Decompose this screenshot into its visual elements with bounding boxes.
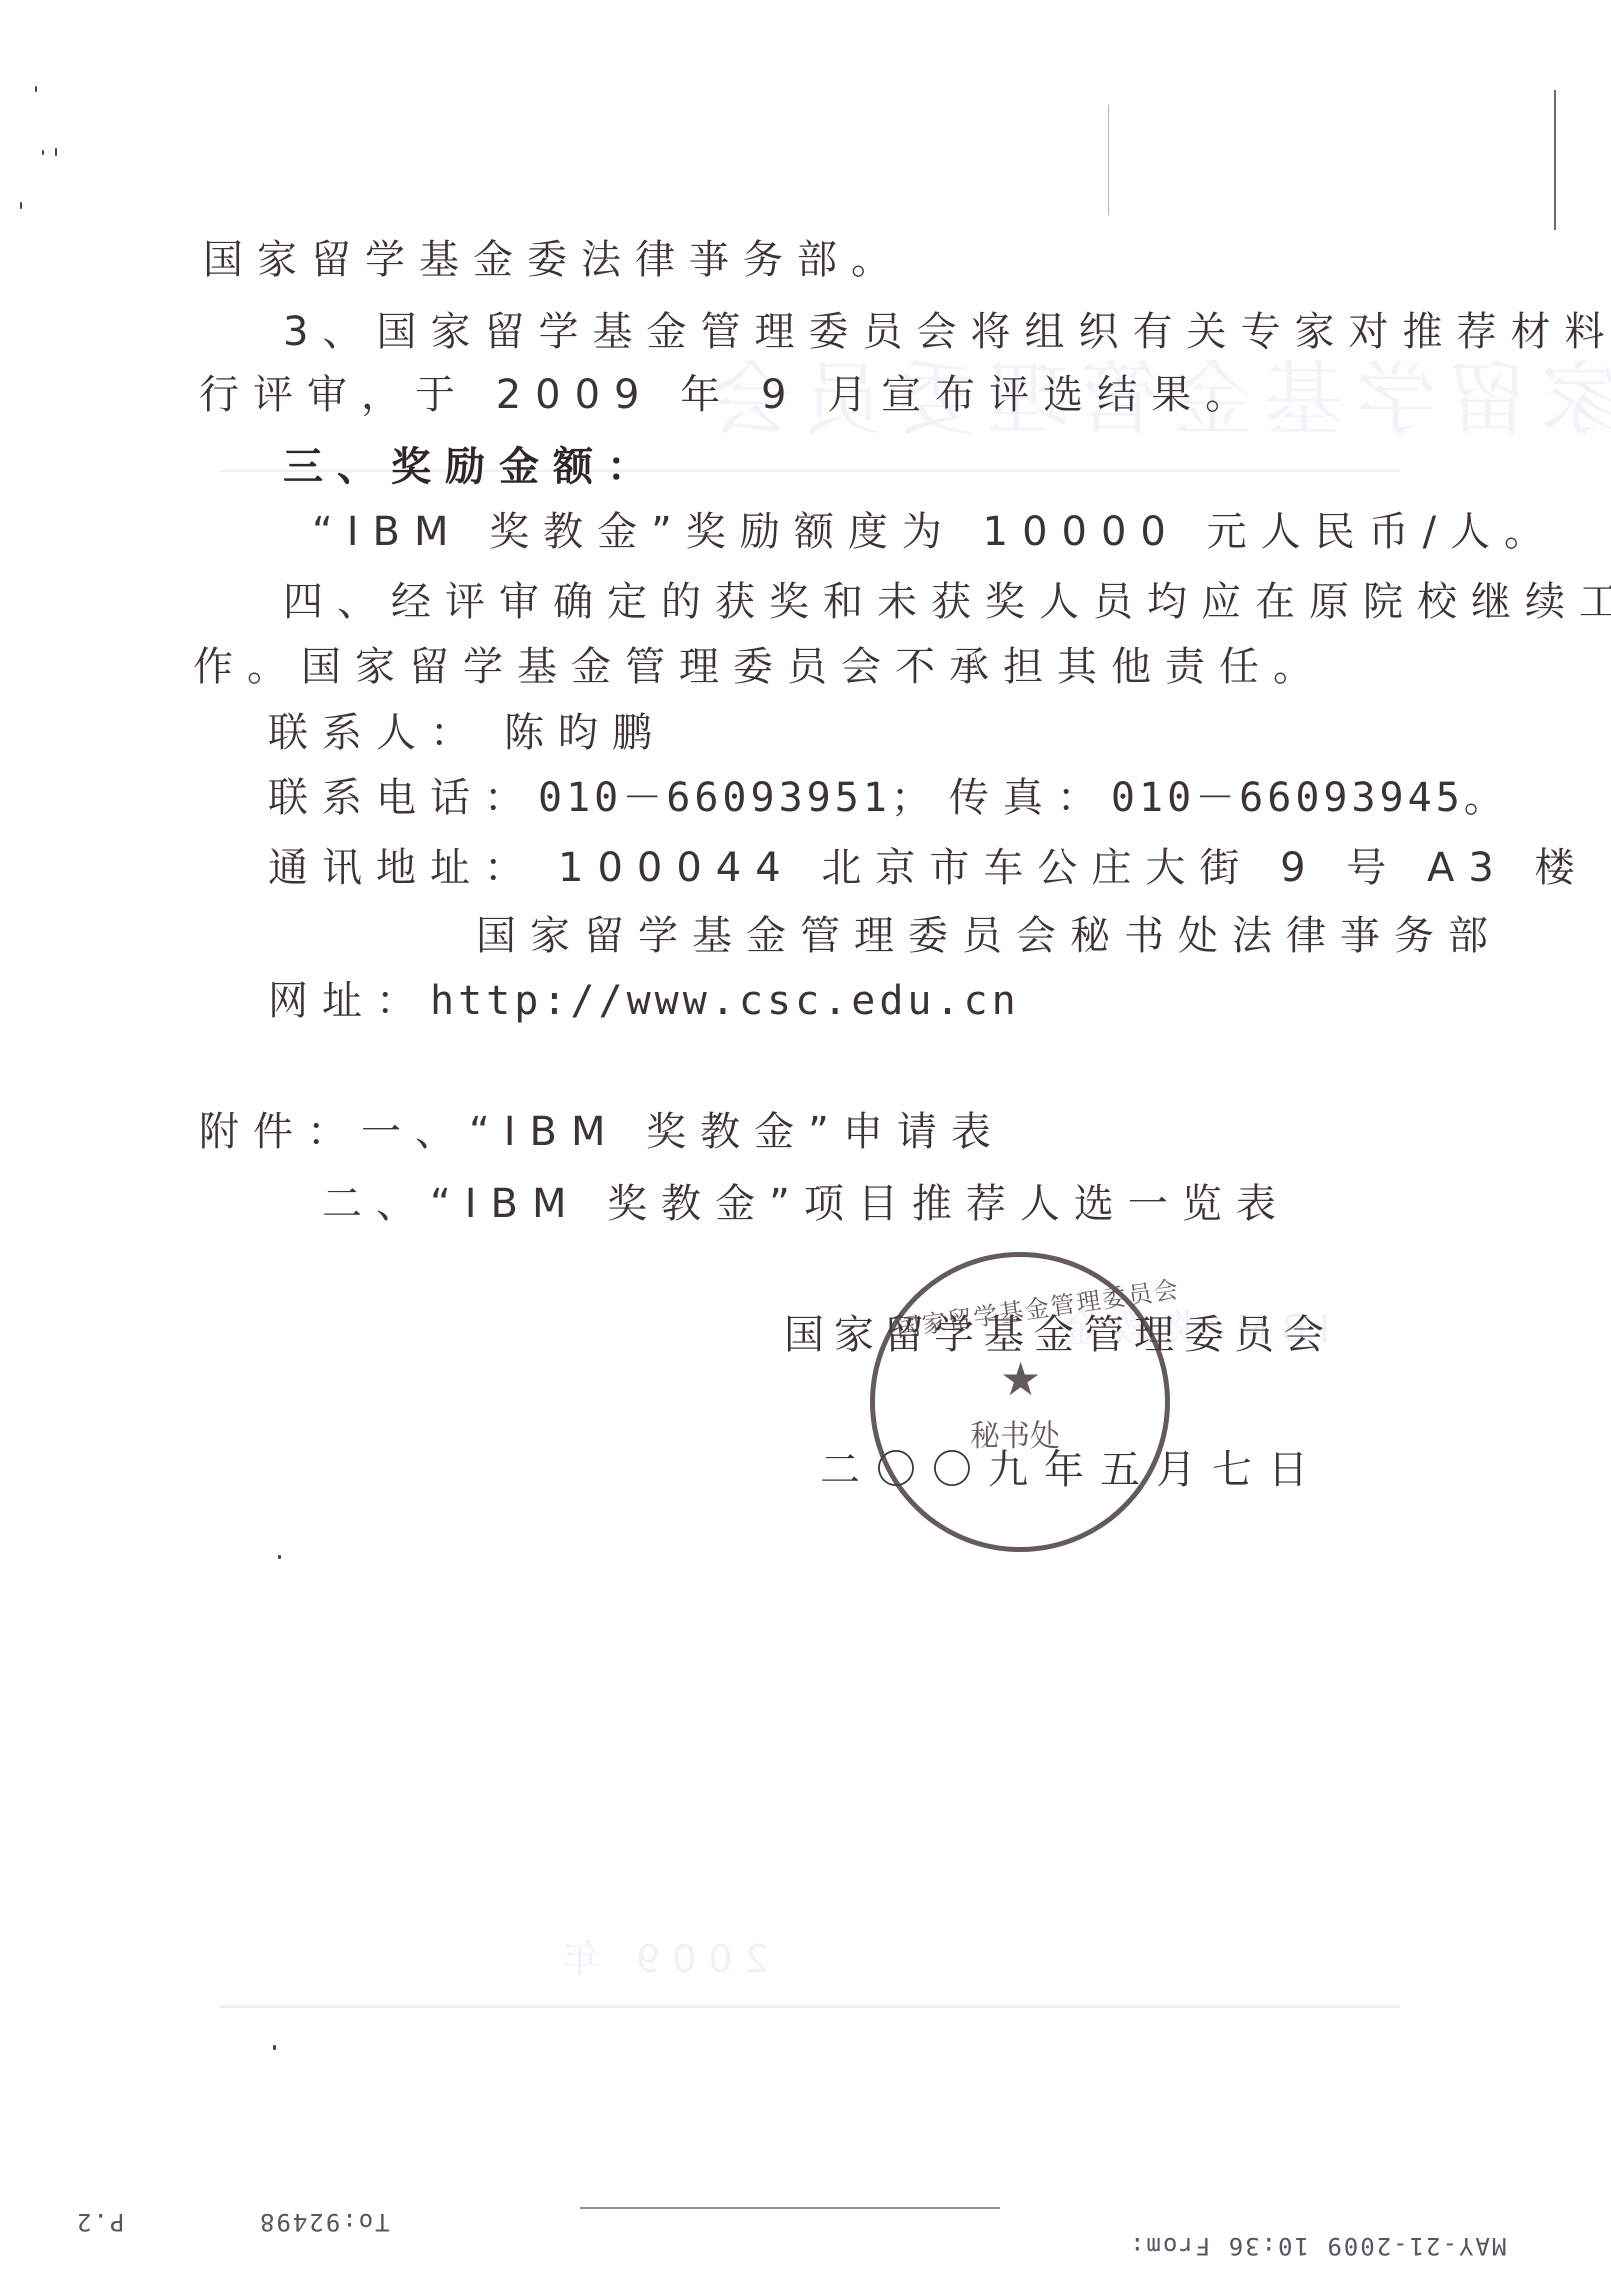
bleed-through-text: 2009 年 [550, 1940, 769, 1978]
fax-from-timestamp: MAY-21-2009 10:36 From: [1128, 2232, 1506, 2260]
website-link[interactable]: http://www.csc.edu.cn [430, 978, 1020, 1024]
contact-person-row: 联系人：陈昀鹏 [268, 713, 666, 753]
body-line: 作。国家留学基金管理委员会不承担其他责任。 [193, 647, 1327, 687]
scan-speck [35, 86, 37, 92]
website-label: 网址： [268, 978, 430, 1024]
scan-edge-line [1554, 90, 1556, 230]
scan-speck [55, 148, 57, 156]
fax-page-number: P.2 [75, 2208, 124, 2236]
phone-value: 010－66093951； [538, 775, 935, 821]
stamp-text-center: 秘书处 [970, 1422, 1060, 1452]
body-line: 国家留学基金委法律亊务部。 [203, 240, 905, 280]
stamp-text-arc: 国家留学基金管理委员会 [895, 1277, 1182, 1341]
contact-phone-row: 联系电话：010－66093951；传真：010－66093945。 [268, 778, 1508, 818]
scan-speck [273, 2045, 276, 2050]
contact-person-label: 联系人： [268, 710, 484, 756]
contact-website-row: 网址：http://www.csc.edu.cn [268, 981, 1020, 1021]
attachment-item: 二、“IBM 奖教金”项目推荐人选一览表 [322, 1184, 1290, 1224]
scan-speck [42, 150, 44, 155]
contact-person-value: 陈昀鹏 [504, 710, 666, 756]
contact-address-row: 通讯地址：100044 北京市车公庄大街 9 号 A3 楼 13 层 [268, 848, 1611, 888]
fax-header-rule [580, 2207, 1000, 2209]
fax-label: 传真： [949, 775, 1111, 821]
body-line: 3、国家留学基金管理委员会将组织有关专家对推荐材料进 [283, 312, 1611, 352]
body-line: 行评审，于 2009 年 9 月宣布评选结果。 [199, 375, 1259, 415]
fax-value: 010－66093945。 [1111, 775, 1508, 821]
scan-edge-line [1108, 105, 1109, 215]
body-line: 四、经评审确定的获奖和未获奖人员均应在原院校继续工 [283, 582, 1611, 622]
attachments-row-1: 附件：一、“IBM 奖教金”申请表 [199, 1112, 1005, 1152]
bleed-through-rule [220, 2005, 1400, 2008]
department-line: 国家留学基金管理委员会秘书处法律亊务部 [476, 916, 1502, 956]
official-seal-stamp: 国家留学基金管理委员会 ★ 秘书处 [870, 1252, 1170, 1552]
scan-speck [20, 202, 22, 209]
attachments-label: 附件： [199, 1109, 361, 1155]
body-line: “IBM 奖教金”奖励额度为 10000 元人民币/人。 [312, 512, 1558, 552]
section-heading-award-amount: 三、奖励金额： [283, 447, 661, 487]
address-value: 100044 北京市车公庄大街 9 号 A3 楼 13 层 [558, 845, 1611, 891]
scan-speck [278, 1555, 281, 1559]
attachment-item: 一、“IBM 奖教金”申请表 [361, 1109, 1005, 1155]
phone-label: 联系电话： [268, 775, 538, 821]
star-icon: ★ [1000, 1352, 1041, 1406]
address-label: 通讯地址： [268, 845, 538, 891]
fax-to-number: To:92498 [258, 2208, 390, 2236]
